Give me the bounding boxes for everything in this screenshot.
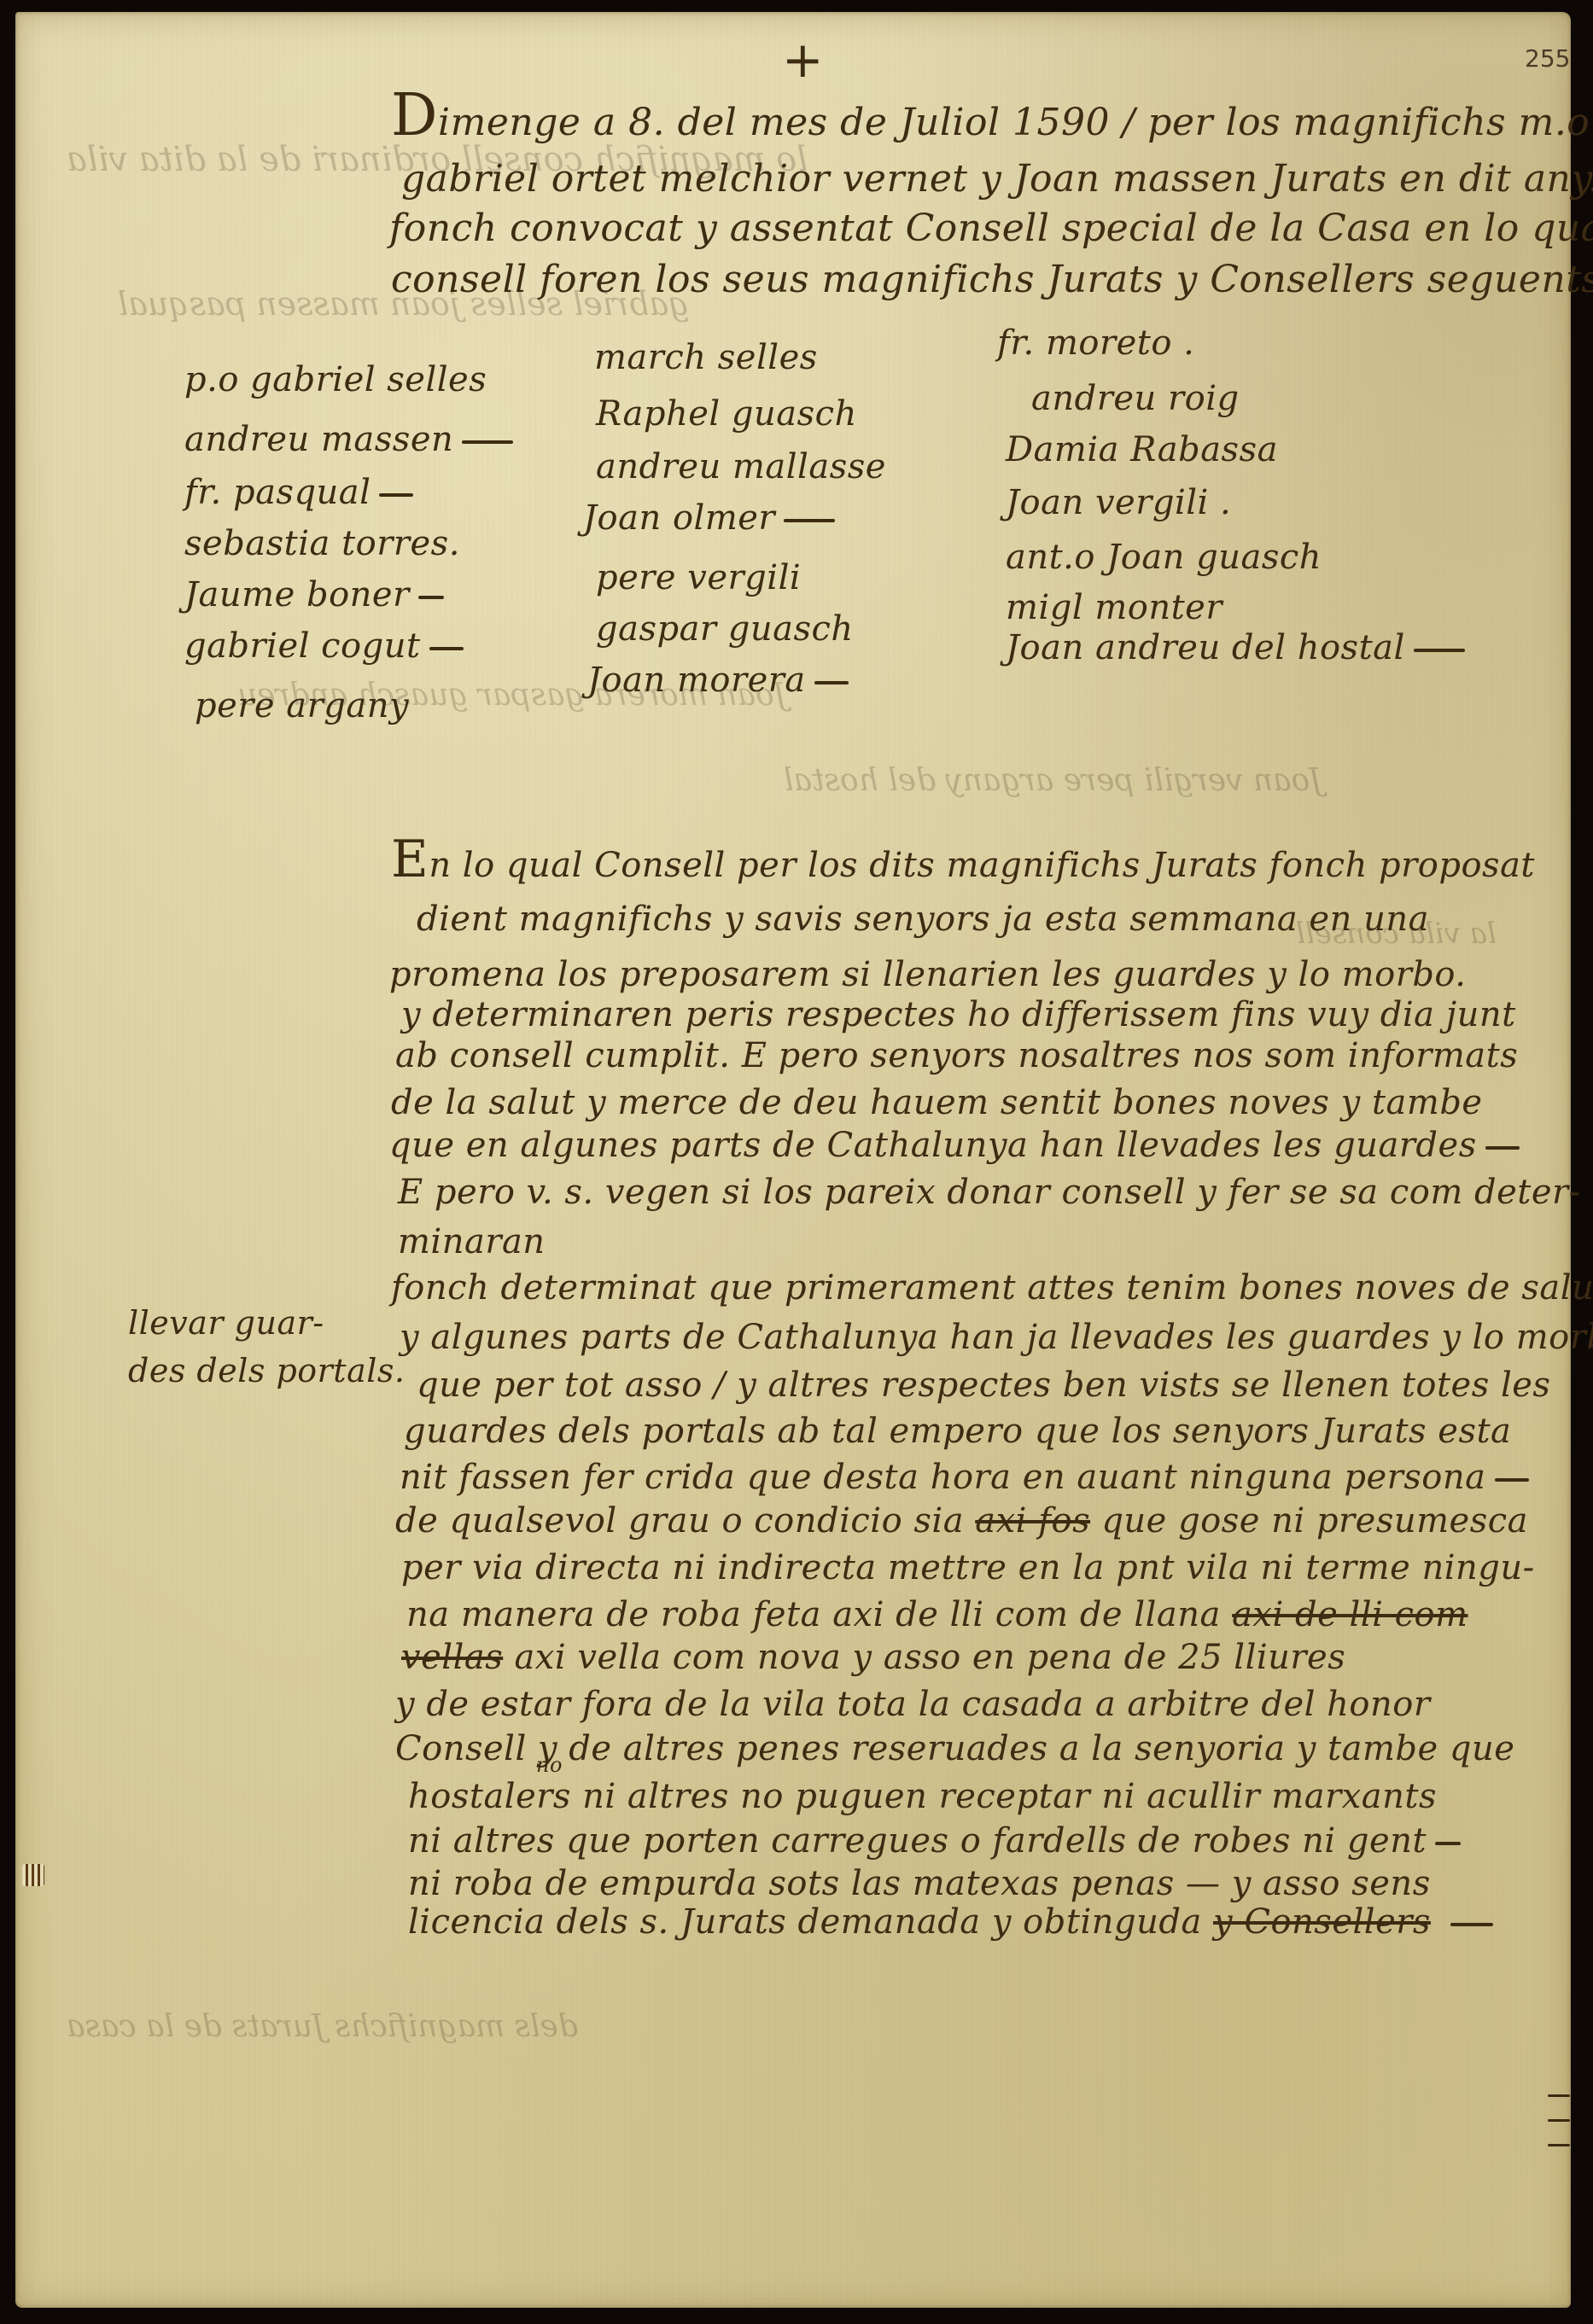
attendee-name: andreu mallasse — [596, 447, 886, 486]
binding-thread — [22, 1864, 44, 1886]
attendee-name: migl monter — [1006, 588, 1222, 627]
proposal-initial: E — [391, 830, 429, 889]
resolution-line-8: na manera de roba feta axi de lli com de… — [406, 1595, 1468, 1634]
folio-number: 255 — [1525, 44, 1570, 73]
resolution-line-12: hostalers ni altres no puguen receptar n… — [408, 1777, 1437, 1816]
proposal-line-3: promena los preposarem si llenarien les … — [389, 955, 1467, 994]
margin-note-line: llevar guar- — [128, 1299, 405, 1347]
resolution-line-10: y de estar fora de la vila tota la casad… — [395, 1685, 1430, 1724]
resolution-line-6: de qualsevol grau o condicio sia axi fos… — [395, 1501, 1528, 1541]
margin-note-line: des dels portals. — [128, 1347, 405, 1395]
edge-marks — [1548, 2094, 1570, 2169]
attendee-name: pere argany — [195, 686, 409, 725]
attendee-name: andreu roig — [1031, 379, 1240, 418]
resolution-line-2: y algunes parts de Cathalunya han ja lle… — [400, 1318, 1593, 1357]
heading-line-3: fonch convocat y assentat Consell specia… — [389, 207, 1593, 250]
attendee-name: Damia Rabassa — [1006, 430, 1278, 469]
attendee-name: Raphel guasch — [596, 394, 857, 434]
heading-line-1: Dimenge a 8. del mes de Juliol 1590 / pe… — [391, 82, 1590, 149]
proposal-line-7: que en algunes parts de Cathalunya han l… — [389, 1126, 1520, 1165]
attendee-name: Joan andreu del hostal — [1006, 628, 1465, 667]
attendee-name: march selles — [594, 338, 818, 377]
proposal-line-9: minaran — [398, 1222, 546, 1261]
attendee-name: fr. pasqual — [184, 473, 413, 512]
attendee-name: sebastia torres. — [184, 524, 460, 563]
resolution-line-13: ni altres que porten carregues o fardell… — [408, 1821, 1461, 1861]
struck-text: y Consellers — [1213, 1902, 1431, 1942]
cross-mark: + — [782, 31, 824, 89]
attendee-name: fr. moreto . — [997, 323, 1194, 363]
resolution-line-15: licencia dels s. Jurats demanada y obtin… — [408, 1902, 1493, 1942]
attendee-name: andreu massen — [184, 420, 513, 459]
attendee-name: Joan olmer — [583, 498, 835, 538]
attendee-name: ant.o Joan guasch — [1006, 538, 1322, 577]
resolution-line-7: per via directa ni indirecta mettre en l… — [401, 1548, 1535, 1587]
attendee-name: Jaume boner — [184, 575, 444, 614]
resolution-line-11: Consell y de altres penes reseruades a l… — [395, 1729, 1514, 1768]
heading-initial: D — [391, 82, 438, 149]
struck-text: vellas — [401, 1638, 503, 1677]
resolution-line-3: que per tot asso / y altres respectes be… — [417, 1366, 1550, 1405]
proposal-line-4: y determinaren peris respectes ho differ… — [401, 995, 1516, 1034]
struck-text: axi de lli com — [1232, 1595, 1468, 1634]
proposal-line-1: En lo qual Consell per los dits magnific… — [391, 830, 1535, 889]
attendee-name: Joan vergili . — [1006, 483, 1231, 522]
struck-text: axi fos — [975, 1501, 1090, 1541]
resolution-line-4: guardes dels portals ab tal empero que l… — [404, 1412, 1511, 1451]
attendee-name: gaspar guasch — [596, 609, 854, 649]
heading-line-4: consell foren los seus magnifichs Jurats… — [391, 258, 1593, 301]
proposal-line-6: de la salut y merce de deu hauem sentit … — [391, 1083, 1483, 1122]
proposal-line-5: ab consell cumplit. E pero senyors nosal… — [395, 1036, 1518, 1075]
heading-line-2: gabriel ortet melchior vernet y Joan mas… — [401, 157, 1593, 201]
resolution-line-14: ni roba de empurda sots las matexas pena… — [408, 1864, 1431, 1903]
proposal-line-8: E pero v. s. vegen si los pareix donar c… — [398, 1173, 1581, 1212]
resolution-line-1: fonch determinat que primerament attes t… — [391, 1268, 1593, 1308]
margin-note: llevar guar- des dels portals. — [128, 1299, 405, 1395]
attendee-name: p.o gabriel selles — [184, 360, 487, 399]
attendee-name: Joan morera — [587, 661, 849, 700]
attendee-name: gabriel cogut — [184, 626, 464, 666]
resolution-line-5: nit fassen fer crida que desta hora en a… — [400, 1458, 1529, 1497]
bleed-through-text: dels magnifichs Jurats de la casa — [67, 2009, 578, 2044]
bleed-through-text: Joan vergili pere argany del hostal — [784, 763, 1322, 798]
attendee-name: pere vergili — [596, 558, 801, 597]
interlinear-insert: no — [536, 1753, 563, 1777]
resolution-line-9: vellas axi vella com nova y asso en pena… — [401, 1638, 1345, 1677]
proposal-line-2: dient magnifichs y savis senyors ja esta… — [417, 900, 1429, 939]
manuscript-page: lo magnifich consell ordinari de la dita… — [15, 12, 1571, 2308]
